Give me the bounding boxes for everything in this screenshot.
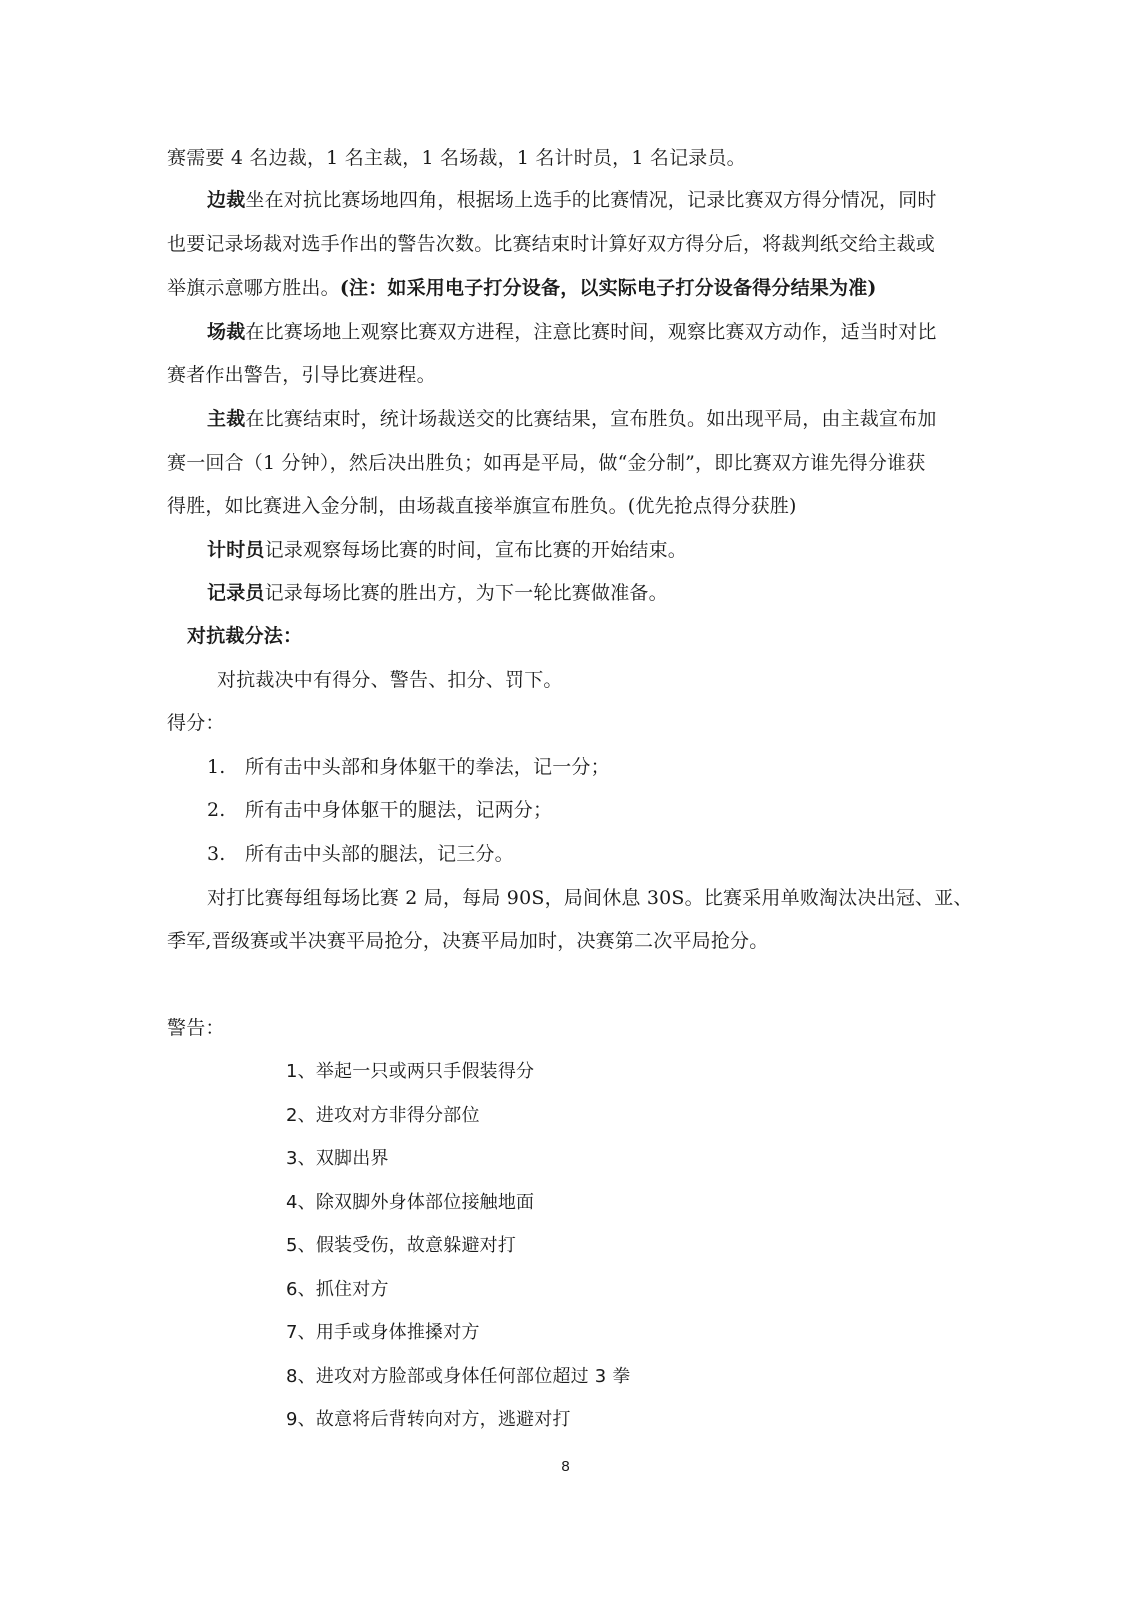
paragraph-chief-judge-line-1: 主裁在比赛结束时，统计场裁送交的比赛结果，宣布胜负。如出现平局，由主裁宣布加 <box>207 407 937 431</box>
list-number: 1. <box>207 755 245 779</box>
score-item-3: 3.所有击中头部的腿法，记三分。 <box>207 842 514 866</box>
paragraph-field-judge-line-1: 场裁在比赛场地上观察比赛双方进程，注意比赛时间，观察比赛双方动作，适当时对比 <box>207 320 937 344</box>
paragraph-chief-judge-line-3: 得胜，如比赛进入金分制，由场裁直接举旗宣布胜负。(优先抢点得分获胜) <box>167 494 797 518</box>
paragraph-staffing: 赛需要 4 名边裁，1 名主裁，1 名场裁，1 名计时员，1 名记录员。 <box>167 146 746 170</box>
warning-item-2: 2、进攻对方非得分部位 <box>286 1104 480 1128</box>
text: 举旗示意哪方胜出。 <box>167 277 340 299</box>
list-number: 2. <box>207 798 245 822</box>
heading-warnings: 警告： <box>167 1016 225 1040</box>
text: 在比赛场地上观察比赛双方进程，注意比赛时间，观察比赛双方动作，适当时对比 <box>245 321 936 343</box>
list-text: 所有击中头部的腿法，记三分。 <box>245 843 514 865</box>
document-page: 赛需要 4 名边裁，1 名主裁，1 名场裁，1 名计时员，1 名记录员。 边裁坐… <box>0 0 1131 1600</box>
text: 在比赛结束时，统计场裁送交的比赛结果，宣布胜负。如出现平局，由主裁宣布加 <box>245 408 936 430</box>
paragraph-chief-judge-line-2: 赛一回合（1 分钟），然后决出胜负；如再是平局，做“金分制”，即比赛双方谁先得分… <box>167 451 925 475</box>
term-timekeeper: 计时员 <box>207 539 265 561</box>
term-side-judge: 边裁 <box>207 189 245 211</box>
list-text: 所有击中身体躯干的腿法，记两分； <box>245 799 552 821</box>
warning-item-1: 1、举起一只或两只手假装得分 <box>286 1060 534 1084</box>
heading-score: 得分： <box>167 711 225 735</box>
list-text: 所有击中头部和身体躯干的拳法，记一分； <box>245 756 610 778</box>
text: 记录每场比赛的胜出方，为下一轮比赛做准备。 <box>265 582 668 604</box>
page-number: 8 <box>0 1458 1131 1475</box>
match-rule-line-2: 季军,晋级赛或半决赛平局抢分，决赛平局加时，决赛第二次平局抢分。 <box>167 929 768 953</box>
warning-item-3: 3、双脚出界 <box>286 1147 389 1171</box>
heading-scoring-method: 对抗裁分法： <box>187 624 302 648</box>
text: 坐在对抗比赛场地四角，根据场上选手的比赛情况，记录比赛双方得分情况，同时 <box>245 189 936 211</box>
paragraph-side-judge-line-3: 举旗示意哪方胜出。(注：如采用电子打分设备，以实际电子打分设备得分结果为准) <box>167 276 877 300</box>
paragraph-side-judge-line-2: 也要记录场裁对选手作出的警告次数。比赛结束时计算好双方得分后，将裁判纸交给主裁或 <box>167 232 935 256</box>
warning-item-9: 9、故意将后背转向对方，逃避对打 <box>286 1408 571 1432</box>
term-recorder: 记录员 <box>207 582 265 604</box>
warning-item-8: 8、进攻对方脸部或身体任何部位超过 3 拳 <box>286 1365 631 1389</box>
match-rule-line-1: 对打比赛每组每场比赛 2 局，每局 90S，局间休息 30S。比赛采用单败淘汰决… <box>207 886 973 910</box>
paragraph-recorder: 记录员记录每场比赛的胜出方，为下一轮比赛做准备。 <box>207 581 668 605</box>
score-item-1: 1.所有击中头部和身体躯干的拳法，记一分； <box>207 755 610 779</box>
text: 记录观察每场比赛的时间，宣布比赛的开始结束。 <box>265 539 687 561</box>
warning-item-6: 6、抓住对方 <box>286 1278 389 1302</box>
paragraph-field-judge-line-2: 赛者作出警告，引导比赛进程。 <box>167 363 436 387</box>
scoring-intro: 对抗裁决中有得分、警告、扣分、罚下。 <box>217 668 563 692</box>
warning-item-4: 4、除双脚外身体部位接触地面 <box>286 1191 534 1215</box>
warning-item-5: 5、假装受伤，故意躲避对打 <box>286 1234 516 1258</box>
list-number: 3. <box>207 842 245 866</box>
term-field-judge: 场裁 <box>207 321 245 343</box>
score-item-2: 2.所有击中身体躯干的腿法，记两分； <box>207 798 552 822</box>
warning-item-7: 7、用手或身体推搡对方 <box>286 1321 480 1345</box>
paragraph-side-judge-line-1: 边裁坐在对抗比赛场地四角，根据场上选手的比赛情况，记录比赛双方得分情况，同时 <box>207 188 937 212</box>
term-chief-judge: 主裁 <box>207 408 245 430</box>
paragraph-timekeeper: 计时员记录观察每场比赛的时间，宣布比赛的开始结束。 <box>207 538 687 562</box>
electronic-scoring-note: (注：如采用电子打分设备，以实际电子打分设备得分结果为准) <box>340 277 877 299</box>
